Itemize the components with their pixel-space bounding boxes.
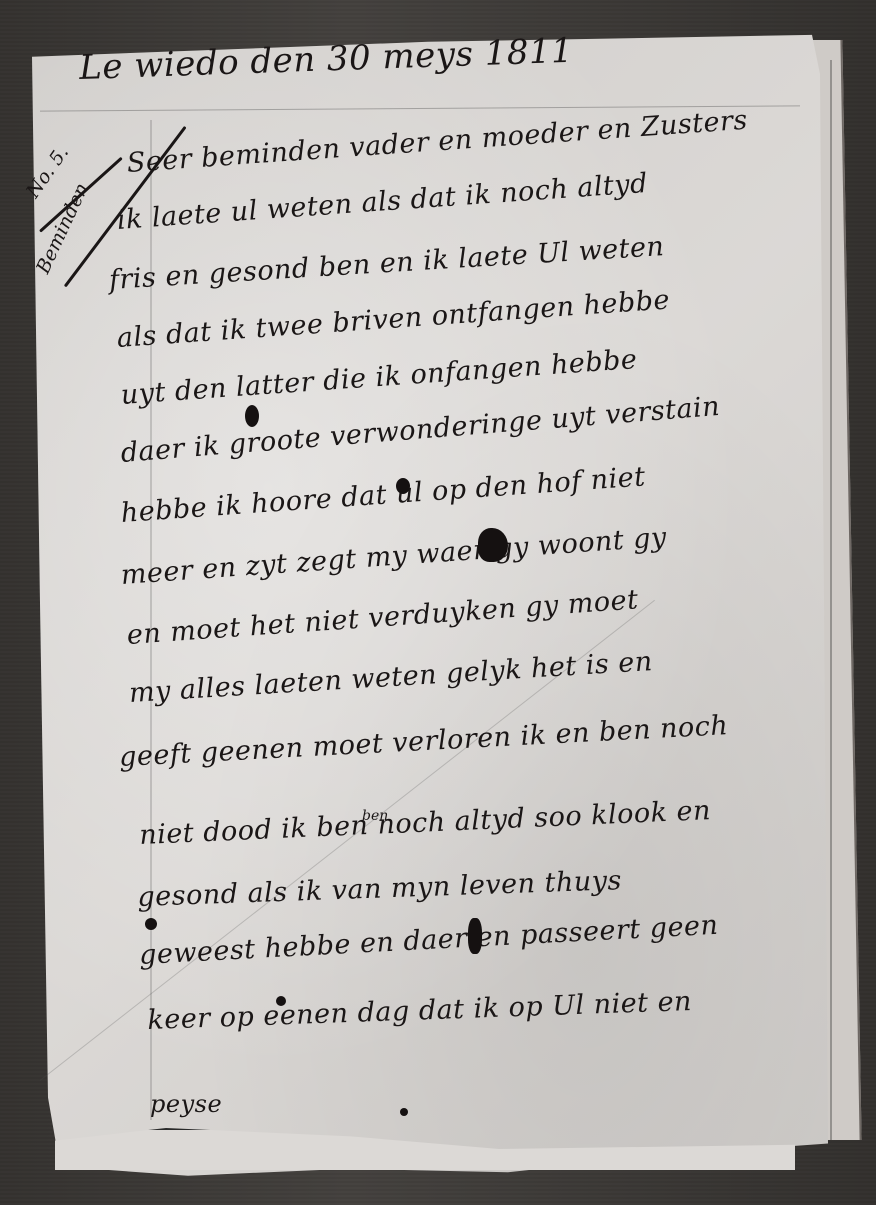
ink-blot — [468, 918, 482, 954]
letter-line-16: peyse — [150, 1090, 222, 1118]
ink-blot — [478, 528, 508, 562]
ink-dot — [276, 996, 286, 1006]
ink-dot — [400, 1108, 408, 1116]
ink-dot — [145, 918, 157, 930]
ink-blot — [396, 478, 410, 494]
right-crease — [830, 60, 832, 1140]
ink-blot — [245, 405, 259, 427]
